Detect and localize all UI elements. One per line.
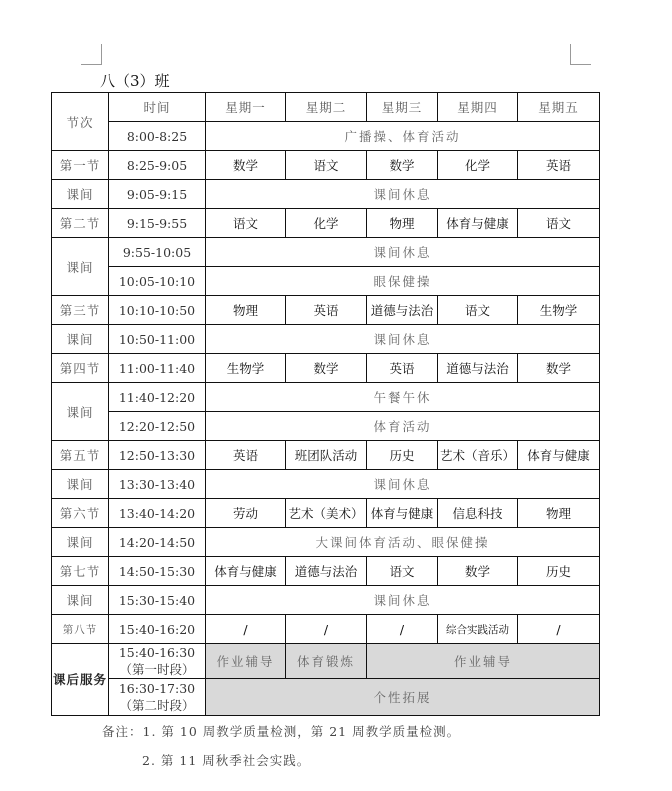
break-row: 课间 15:30-15:40 课间休息 (52, 586, 600, 615)
time-cell: 14:50-15:30 (109, 557, 206, 586)
day-header: 星期二 (286, 93, 367, 122)
time-header: 时间 (109, 93, 206, 122)
period-label: 第七节 (52, 557, 109, 586)
subject-cell: 物理 (367, 209, 438, 238)
subject-cell: 道德与法治 (367, 296, 438, 325)
subject-cell: 劳动 (206, 499, 286, 528)
subject-cell: 数学 (286, 354, 367, 383)
time-cell: 13:30-13:40 (109, 470, 206, 499)
period-label: 第三节 (52, 296, 109, 325)
time-cell: 8:25-9:05 (109, 151, 206, 180)
period-label: 课间 (52, 470, 109, 499)
time-cell: 11:40-12:20 (109, 383, 206, 412)
session-time: 16:30-17:30 (109, 680, 205, 697)
period-row: 第一节 8:25-9:05 数学 语文 数学 化学 英语 (52, 151, 600, 180)
subject-cell: 化学 (286, 209, 367, 238)
subject-cell: 道德与法治 (438, 354, 518, 383)
subject-cell: 生物学 (518, 296, 600, 325)
subject-cell: / (206, 615, 286, 644)
subject-cell: 体育与健康 (438, 209, 518, 238)
subject-cell: 班团队活动 (286, 441, 367, 470)
time-cell: 14:20-14:50 (109, 528, 206, 557)
time-cell: 9:05-9:15 (109, 180, 206, 209)
subject-cell: 语文 (206, 209, 286, 238)
after-school-row: 16:30-17:30 （第二时段） 个性拓展 (52, 679, 600, 716)
after-school-activity: 作业辅导 (206, 644, 286, 679)
subject-cell: 数学 (367, 151, 438, 180)
subject-cell: 历史 (518, 557, 600, 586)
period-row: 第二节 9:15-9:55 语文 化学 物理 体育与健康 语文 (52, 209, 600, 238)
period-label: 课间 (52, 383, 109, 441)
break-row: 12:20-12:50 体育活动 (52, 412, 600, 441)
period-label: 课间 (52, 325, 109, 354)
subject-cell: 语文 (286, 151, 367, 180)
session-note: （第二时段） (109, 697, 205, 714)
subject-cell: / (518, 615, 600, 644)
subject-cell: 语文 (518, 209, 600, 238)
note-line: 2. 第 11 周秋季社会实践。 (102, 751, 460, 780)
subject-cell: 语文 (438, 296, 518, 325)
time-cell: 10:05-10:10 (109, 267, 206, 296)
subject-cell: 体育与健康 (367, 499, 438, 528)
time-cell: 13:40-14:20 (109, 499, 206, 528)
period-label: 课间 (52, 238, 109, 296)
time-cell: 15:40-16:20 (109, 615, 206, 644)
subject-cell: 数学 (206, 151, 286, 180)
activity-cell: 午餐午休 (206, 383, 600, 412)
break-row: 课间 13:30-13:40 课间休息 (52, 470, 600, 499)
subject-cell: 历史 (367, 441, 438, 470)
subject-cell: 英语 (206, 441, 286, 470)
subject-cell: 生物学 (206, 354, 286, 383)
subject-cell: 数学 (438, 557, 518, 586)
note-line: 备注：1. 第 10 周教学质量检测，第 21 周教学质量检测。 (102, 722, 460, 751)
period-label: 第五节 (52, 441, 109, 470)
activity-cell: 体育活动 (206, 412, 600, 441)
subject-cell: 艺术（音乐） (438, 441, 518, 470)
after-school-label: 课后服务 (52, 644, 109, 716)
subject-cell: 英语 (518, 151, 600, 180)
morning-row: 8:00-8:25 广播操、体育活动 (52, 122, 600, 151)
day-header: 星期一 (206, 93, 286, 122)
period-label: 第一节 (52, 151, 109, 180)
page-corner-mark-top-left (81, 44, 102, 65)
notes: 备注：1. 第 10 周教学质量检测，第 21 周教学质量检测。 2. 第 11… (102, 722, 460, 780)
period-row: 第八节 15:40-16:20 / / / 综合实践活动 / (52, 615, 600, 644)
subject-cell: 艺术（美术） (286, 499, 367, 528)
period-label: 课间 (52, 586, 109, 615)
subject-cell: 英语 (286, 296, 367, 325)
subject-cell: 物理 (518, 499, 600, 528)
subject-cell: 数学 (518, 354, 600, 383)
header-row: 节次 时间 星期一 星期二 星期三 星期四 星期五 (52, 93, 600, 122)
activity-cell: 眼保健操 (206, 267, 600, 296)
period-row: 第四节 11:00-11:40 生物学 数学 英语 道德与法治 数学 (52, 354, 600, 383)
page-corner-mark-top-right (570, 44, 591, 65)
time-cell: 15:30-15:40 (109, 586, 206, 615)
day-header: 星期四 (438, 93, 518, 122)
time-cell: 10:50-11:00 (109, 325, 206, 354)
period-label: 第四节 (52, 354, 109, 383)
time-cell: 12:50-13:30 (109, 441, 206, 470)
timetable: 节次 时间 星期一 星期二 星期三 星期四 星期五 8:00-8:25 广播操、… (51, 92, 600, 716)
subject-cell: 物理 (206, 296, 286, 325)
activity-cell: 大课间体育活动、眼保健操 (206, 528, 600, 557)
break-row: 课间 14:20-14:50 大课间体育活动、眼保健操 (52, 528, 600, 557)
subject-cell: 语文 (367, 557, 438, 586)
subject-cell: 体育与健康 (518, 441, 600, 470)
break-row: 课间 11:40-12:20 午餐午休 (52, 383, 600, 412)
activity-cell: 课间休息 (206, 586, 600, 615)
break-row: 课间 9:05-9:15 课间休息 (52, 180, 600, 209)
subject-cell: 综合实践活动 (438, 615, 518, 644)
subject-cell: 信息科技 (438, 499, 518, 528)
day-header: 星期五 (518, 93, 600, 122)
activity-cell: 课间休息 (206, 180, 600, 209)
time-cell: 9:55-10:05 (109, 238, 206, 267)
period-row: 第三节 10:10-10:50 物理 英语 道德与法治 语文 生物学 (52, 296, 600, 325)
period-header: 节次 (52, 93, 109, 151)
break-row: 课间 9:55-10:05 课间休息 (52, 238, 600, 267)
break-row: 10:05-10:10 眼保健操 (52, 267, 600, 296)
after-school-activity: 体育锻炼 (286, 644, 367, 679)
subject-cell: 道德与法治 (286, 557, 367, 586)
after-school-row: 课后服务 15:40-16:30 （第一时段） 作业辅导 体育锻炼 作业辅导 (52, 644, 600, 679)
subject-cell: / (286, 615, 367, 644)
period-label: 第八节 (52, 615, 109, 644)
time-cell: 15:40-16:30 （第一时段） (109, 644, 206, 679)
after-school-activity: 个性拓展 (206, 679, 600, 716)
period-row: 第七节 14:50-15:30 体育与健康 道德与法治 语文 数学 历史 (52, 557, 600, 586)
time-cell: 10:10-10:50 (109, 296, 206, 325)
activity-cell: 课间休息 (206, 238, 600, 267)
activity-cell: 广播操、体育活动 (206, 122, 600, 151)
subject-cell: 体育与健康 (206, 557, 286, 586)
session-time: 15:40-16:30 (109, 644, 205, 661)
period-row: 第五节 12:50-13:30 英语 班团队活动 历史 艺术（音乐） 体育与健康 (52, 441, 600, 470)
break-row: 课间 10:50-11:00 课间休息 (52, 325, 600, 354)
after-school-activity: 作业辅导 (367, 644, 600, 679)
subject-cell: 英语 (367, 354, 438, 383)
period-label: 课间 (52, 528, 109, 557)
period-label: 第六节 (52, 499, 109, 528)
day-header: 星期三 (367, 93, 438, 122)
subject-cell: / (367, 615, 438, 644)
session-note: （第一时段） (109, 661, 205, 678)
time-cell: 16:30-17:30 （第二时段） (109, 679, 206, 716)
period-label: 课间 (52, 180, 109, 209)
period-row: 第六节 13:40-14:20 劳动 艺术（美术） 体育与健康 信息科技 物理 (52, 499, 600, 528)
class-title: 八（3）班 (100, 70, 170, 91)
time-cell: 11:00-11:40 (109, 354, 206, 383)
subject-cell: 化学 (438, 151, 518, 180)
activity-cell: 课间休息 (206, 470, 600, 499)
time-cell: 12:20-12:50 (109, 412, 206, 441)
activity-cell: 课间休息 (206, 325, 600, 354)
period-label: 第二节 (52, 209, 109, 238)
time-cell: 9:15-9:55 (109, 209, 206, 238)
time-cell: 8:00-8:25 (109, 122, 206, 151)
